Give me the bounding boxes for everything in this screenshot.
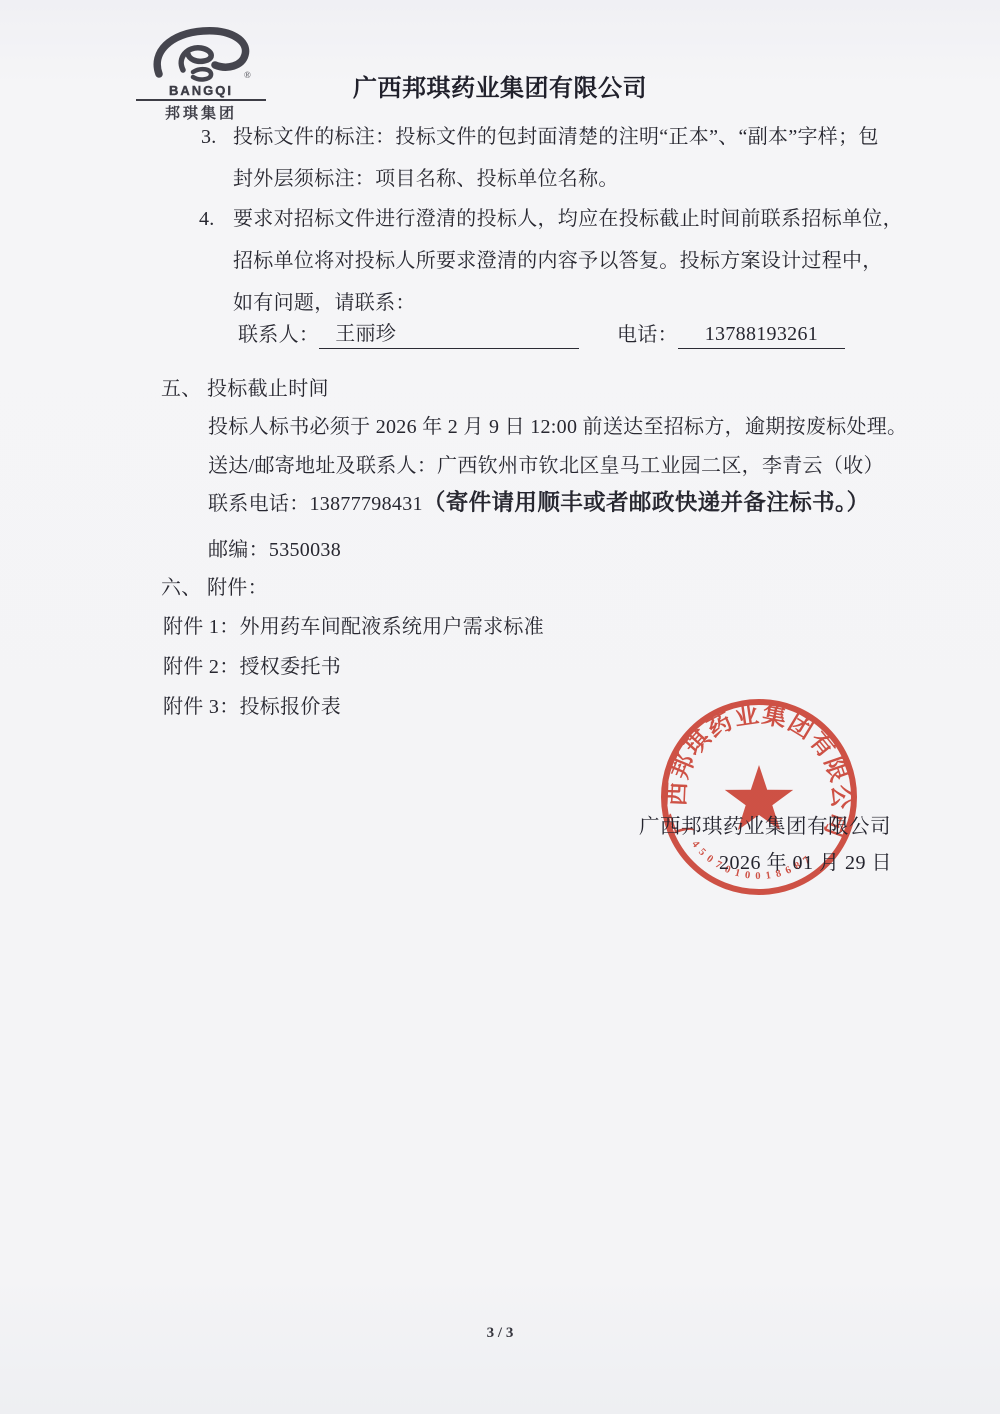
clause-3-line-1: 投标文件的标注：投标文件的包封面清楚的注明“正本”、“副本”字样；包 [233,123,879,151]
section-5-address-line: 送达/邮寄地址及联系人：广西钦州市钦北区皇马工业园二区，李青云（收） [208,452,884,480]
attachment-item-2: 附件 2：授权委托书 [163,653,341,681]
signature-date: 2026 年 01 月 29 日 [719,846,892,875]
section-5-phone-text: 联系电话：13877798431 [208,493,423,515]
section-5-deadline-line: 投标人标书必须于 2026 年 2 月 9 日 12:00 前送达至招标方，逾期… [208,413,907,441]
clause-4-line-2: 招标单位将对投标人所要求澄清的内容予以答复。投标方案设计过程中， [233,247,883,275]
contact-phone-row: 电话：13788193261 [617,320,845,349]
attachment-item-1: 附件 1：外用药车间配液系统用户需求标准 [163,613,544,641]
contact-name-label: 联系人： [238,324,319,346]
contact-phone-label: 电话： [617,324,678,346]
clause-4-line-1: 要求对招标文件进行澄清的投标人，均应在投标截止时间前联系招标单位， [233,205,903,233]
contact-phone-value: 13788193261 [678,320,845,349]
section-5-number: 五、 [161,375,202,403]
clause-4-number: 4. [199,205,215,233]
section-6-heading: 附件： [207,574,268,602]
page-number: 3 / 3 [0,1325,1000,1342]
contact-name-value: 王丽珍 [319,320,579,349]
section-5-heading: 投标截止时间 [207,375,329,403]
signature-company-name: 广西邦琪药业集团有限公司 [639,809,891,839]
section-5-courier-note: （寄件请用顺丰或者邮政快递并备注标书。） [423,490,870,515]
attachment-item-3: 附件 3：投标报价表 [163,693,341,721]
page-title: 广西邦琪药业集团有限公司 [0,68,1000,103]
section-5-phone-line: 联系电话：13877798431（寄件请用顺丰或者邮政快递并备注标书。） [208,489,870,518]
contact-name-row: 联系人：王丽珍 [238,320,579,349]
clause-4-line-3: 如有问题，请联系： [233,289,416,317]
section-6-number: 六、 [161,574,202,602]
company-seal-stamp: 广西邦琪药业集团有限公司 4507010018687 [639,677,879,917]
scanned-tender-document-page: ® BANGQI 邦琪集团 广西邦琪药业集团有限公司 3. 投标文件的标注：投标… [0,0,1000,1414]
clause-3-number: 3. [201,123,217,151]
section-5-postcode-line: 邮编：5350038 [208,536,341,564]
clause-3-line-2: 封外层须标注：项目名称、投标单位名称。 [233,165,619,193]
